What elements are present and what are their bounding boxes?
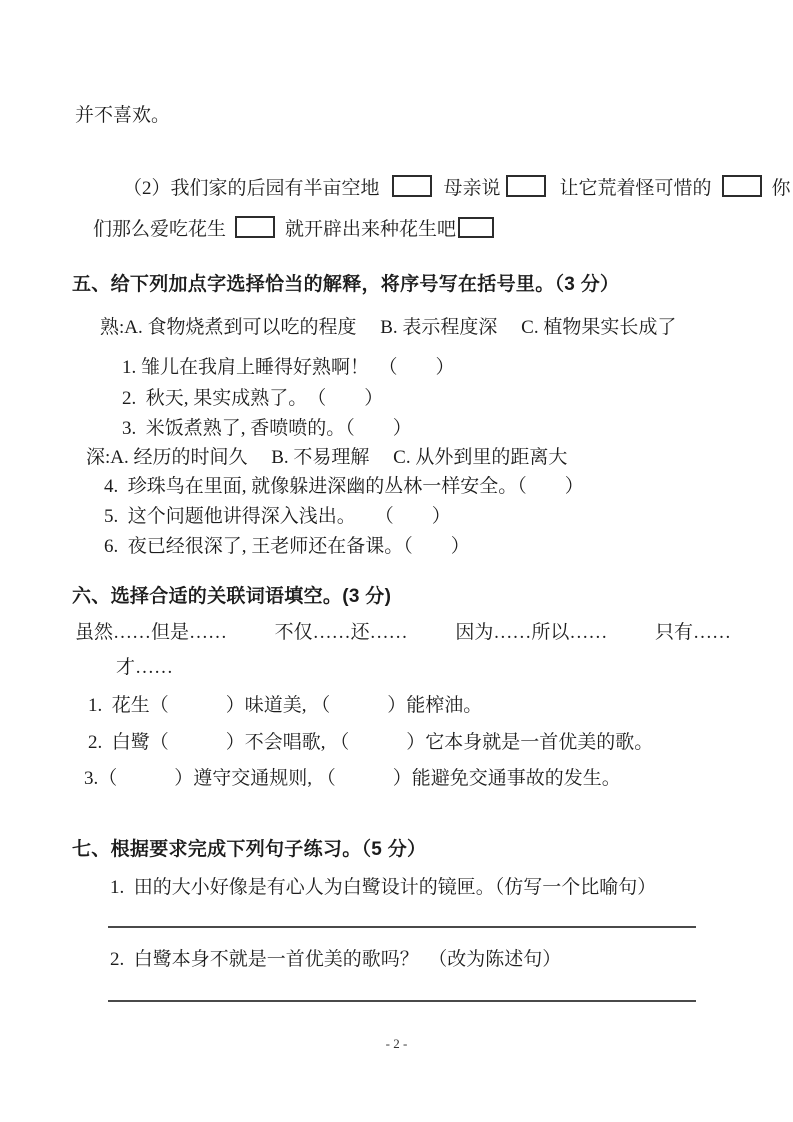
exercise-item: 2. 白鹭本身不就是一首优美的歌吗？ （改为陈述句）	[110, 948, 561, 972]
exercise-item: 2. 秋天, 果实成熟了。 （ ）	[122, 387, 383, 411]
answer-writing-line	[108, 1000, 696, 1002]
exercise-item: 5. 这个问题他讲得深入浅出。 （ ）	[104, 505, 451, 529]
exercise-item: 1. 田的大小好像是有心人为白鹭设计的镜匣。（仿写一个比喻句）	[110, 876, 656, 900]
exercise-item: 4. 珍珠鸟在里面, 就像躲进深幽的丛林一样安全。（ ）	[104, 475, 584, 499]
punctuation-box	[722, 175, 762, 197]
connectives-word-bank: 虽然……但是…… 不仅……还…… 因为……所以…… 只有……	[75, 621, 731, 645]
connective-option: 不仅……还……	[275, 621, 408, 645]
answer-writing-line	[108, 926, 696, 928]
sentence-fragment: 们那么爱吃花生	[93, 219, 226, 240]
carryover-text: 并不喜欢。	[75, 104, 170, 128]
sentence-fragment: 你	[772, 178, 791, 199]
connective-option: 因为……所以……	[455, 621, 607, 645]
sentence-fragment: 让它荒着怪可惜的	[560, 178, 712, 199]
punctuation-box	[235, 216, 275, 238]
page-number: - 2 -	[0, 1036, 793, 1052]
exercise-item: 2. 白鹭（ ）不会唱歌, （ ）它本身就是一首优美的歌。	[88, 731, 653, 755]
section6-heading: 六、选择合适的关联词语填空。(3 分)	[72, 585, 391, 609]
connective-option-continued: 才……	[116, 656, 173, 680]
definition-line-shu: 熟:A. 食物烧煮到可以吃的程度 B. 表示程度深 C. 植物果实长成了	[100, 316, 676, 340]
exercise-item: 3.（ ）遵守交通规则, （ ）能避免交通事故的发生。	[84, 767, 621, 791]
section5-heading: 五、给下列加点字选择恰当的解释，将序号写在括号里。（3 分）	[72, 273, 619, 297]
exercise-item: 6. 夜已经很深了, 王老师还在备课。（ ）	[104, 535, 470, 559]
exercise-item: 1. 雏儿在我肩上睡得好熟啊！ （ ）	[122, 356, 455, 380]
punctuation-box	[506, 175, 546, 197]
section7-heading: 七、根据要求完成下列句子练习。（5 分）	[72, 838, 426, 862]
test-paper-page: 并不喜欢。 （2）我们家的后园有半亩空地母亲说让它荒着怪可惜的你 们那么爱吃花生…	[0, 0, 793, 1122]
punctuation-exercise-line-2: 们那么爱吃花生就开辟出来种花生吧	[74, 192, 494, 266]
connective-option: 虽然……但是……	[75, 621, 227, 645]
connective-option: 只有……	[655, 621, 731, 645]
exercise-item: 1. 花生（ ）味道美, （ ）能榨油。	[88, 694, 482, 718]
punctuation-box	[458, 217, 494, 238]
sentence-fragment: 就开辟出来种花生吧	[285, 219, 456, 240]
exercise-item: 3. 米饭煮熟了, 香喷喷的。（ ）	[122, 417, 412, 441]
definition-line-shen: 深:A. 经历的时间久 B. 不易理解 C. 从外到里的距离大	[86, 446, 567, 470]
